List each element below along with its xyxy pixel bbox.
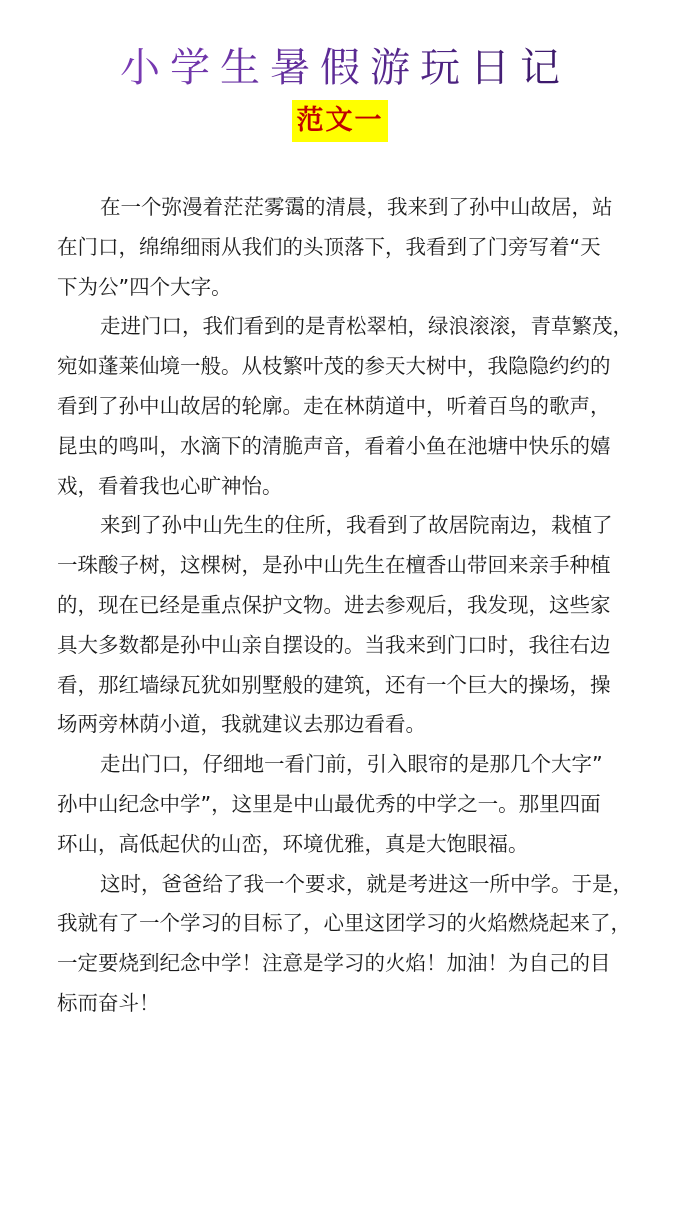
text-line: 下为公”四个大字。: [57, 268, 637, 308]
text-line: 孙中山纪念中学”，这里是中山最优秀的中学之一。那里四面: [57, 785, 637, 825]
paragraph-5: 这时，爸爸给了我一个要求，就是考进这一所中学。于是， 我就有了一个学习的目标了，…: [57, 865, 637, 1024]
text-line: 看到了孙中山故居的轮廓。走在林荫道中，听着百鸟的歌声，: [57, 387, 637, 427]
text-line: 看，那红墙绿瓦犹如别墅般的建筑，还有一个巨大的操场，操: [57, 666, 637, 706]
text-line: 环山，高低起伏的山峦，环境优雅，真是大饱眼福。: [57, 825, 637, 865]
document-title: 小学生暑假游玩日记: [0, 42, 680, 94]
text-line: 宛如蓬莱仙境一般。从枝繁叶茂的参天大树中，我隐隐约约的: [57, 347, 637, 387]
text-line: 我就有了一个学习的目标了，心里这团学习的火焰燃烧起来了，: [57, 904, 637, 944]
document-subtitle: 范文一: [292, 100, 388, 142]
text-line: 的，现在已经是重点保护文物。进去参观后，我发现，这些家: [57, 586, 637, 626]
paragraph-3: 来到了孙中山先生的住所，我看到了故居院南边，栽植了 一珠酸子树，这棵树，是孙中山…: [57, 506, 637, 745]
subtitle-container: 范文一: [0, 100, 680, 142]
text-line: 一定要烧到纪念中学！注意是学习的火焰！加油！为自己的目: [57, 944, 637, 984]
text-line: 走出门口，仔细地一看门前，引入眼帘的是那几个大字”: [57, 745, 637, 785]
text-line: 在一个弥漫着茫茫雾霭的清晨，我来到了孙中山故居，站: [57, 188, 637, 228]
text-line: 昆虫的鸣叫，水滴下的清脆声音，看着小鱼在池塘中快乐的嬉: [57, 427, 637, 467]
text-line: 这时，爸爸给了我一个要求，就是考进这一所中学。于是，: [57, 865, 637, 905]
text-line: 走进门口，我们看到的是青松翠柏，绿浪滚滚，青草繁茂，: [57, 307, 637, 347]
text-line: 在门口，绵绵细雨从我们的头顶落下，我看到了门旁写着“天: [57, 228, 637, 268]
paragraph-1: 在一个弥漫着茫茫雾霭的清晨，我来到了孙中山故居，站 在门口，绵绵细雨从我们的头顶…: [57, 188, 637, 307]
text-line: 一珠酸子树，这棵树，是孙中山先生在檀香山带回来亲手种植: [57, 546, 637, 586]
paragraph-4: 走出门口，仔细地一看门前，引入眼帘的是那几个大字” 孙中山纪念中学”，这里是中山…: [57, 745, 637, 864]
article-body: 在一个弥漫着茫茫雾霭的清晨，我来到了孙中山故居，站 在门口，绵绵细雨从我们的头顶…: [57, 188, 637, 1024]
text-line: 标而奋斗！: [57, 984, 637, 1024]
text-line: 来到了孙中山先生的住所，我看到了故居院南边，栽植了: [57, 506, 637, 546]
document-title-text: 小学生暑假游玩日记: [120, 45, 570, 91]
text-line: 场两旁林荫小道，我就建议去那边看看。: [57, 705, 637, 745]
paragraph-2: 走进门口，我们看到的是青松翠柏，绿浪滚滚，青草繁茂， 宛如蓬莱仙境一般。从枝繁叶…: [57, 307, 637, 506]
text-line: 戏，看着我也心旷神怡。: [57, 467, 637, 507]
text-line: 具大多数都是孙中山亲自摆设的。当我来到门口时，我往右边: [57, 626, 637, 666]
